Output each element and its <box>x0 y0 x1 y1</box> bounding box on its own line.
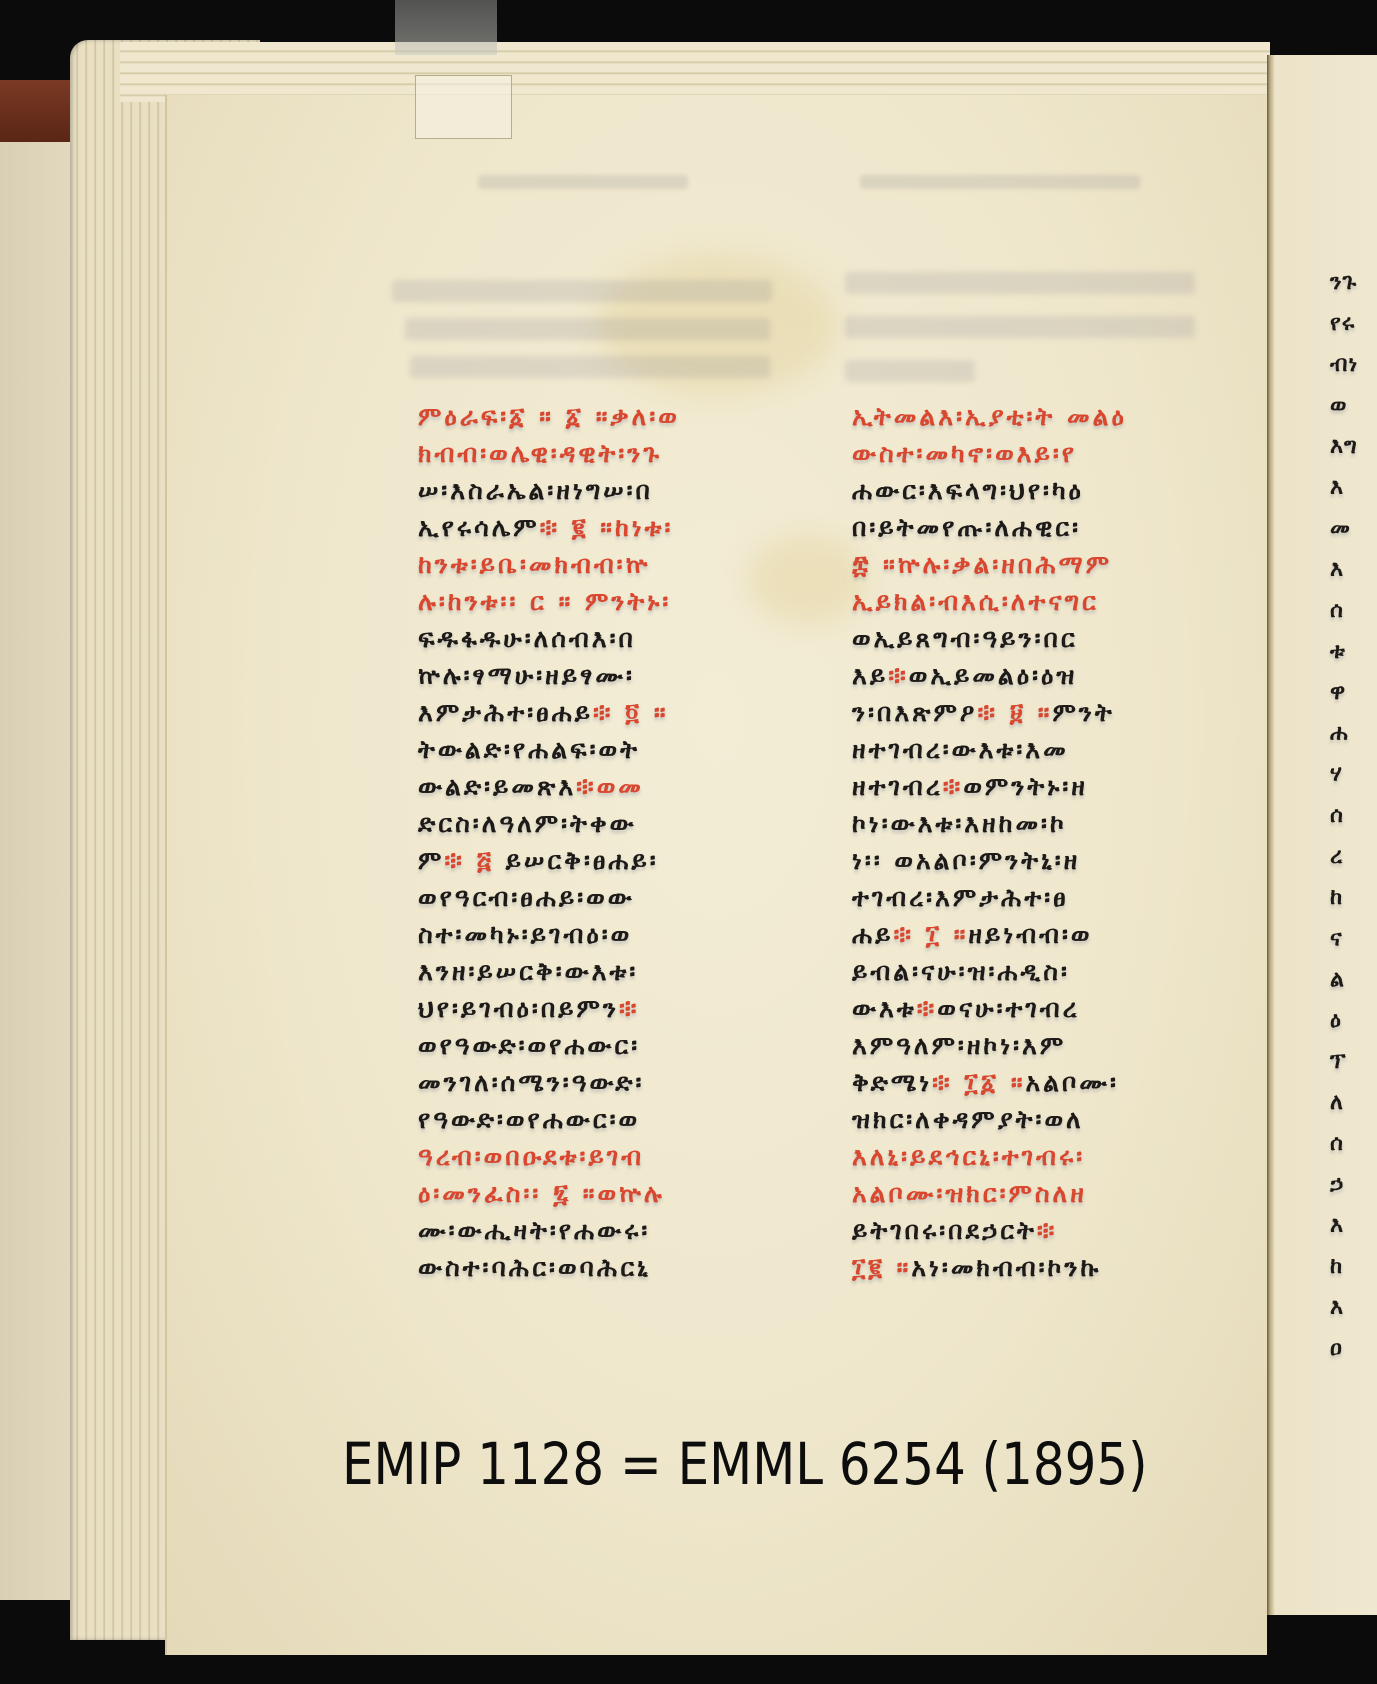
facing-page-line: ዕ <box>1330 1000 1377 1041</box>
text-line: ውስተ፡ባሕር፡ወባሕርኒ <box>418 1249 818 1286</box>
text-line: ኢትመልእ፡ኢያቲ፡ት መልዕ <box>852 398 1252 435</box>
facing-page-line: ሰ <box>1330 590 1377 631</box>
rubric-segment: ፨ ፱ ። <box>978 698 1053 727</box>
facing-page-line: ወ <box>1330 385 1377 426</box>
text-line: እንዘ፡ይሠርቅ፡ውእቱ፡ <box>418 953 818 990</box>
text-segment: በ፡ይትመየጡ፡ለሐዊር፡ <box>852 513 1081 542</box>
text-segment: ዕ፡መንፈስ፡፡ ፯ ።ወኵሉ <box>418 1179 665 1208</box>
text-line: ውልድ፡ይመጽእ፨ወመ <box>418 768 818 805</box>
text-line: ኵሉ፡ፃማሁ፡ዘይፃሙ፡ <box>418 657 818 694</box>
facing-page-line: ቱ <box>1330 631 1377 672</box>
facing-page-line: ዐ <box>1330 1328 1377 1369</box>
text-line: ፍዱፋዱሁ፡ለሰብእ፡በ <box>418 620 818 657</box>
facing-page-line: ኃ <box>1330 1164 1377 1205</box>
text-segment: ዘይነብብ፡ወ <box>968 920 1092 949</box>
text-segment: እይ <box>852 661 888 690</box>
text-segment: አነ፡መክብብ፡ኮንኩ <box>911 1253 1101 1282</box>
facing-page-line: ፕ <box>1330 1041 1377 1082</box>
text-segment: እለኒ፡ይደኅርኒ፡ተገብሩ፡ <box>852 1142 1085 1171</box>
text-segment: ወምንትኑ፡ዘ <box>963 772 1088 801</box>
text-segment: ፰ ።ኵሉ፡ቃል፡ዘበሕማም <box>852 550 1112 579</box>
text-segment: ወኢይመልዕ፡ዕዝ <box>909 661 1078 690</box>
text-segment: ወኢይጸግብ፡ዓይን፡በር <box>852 624 1078 653</box>
bleedthrough-line <box>845 272 1195 294</box>
text-line: ሙ፡ውሒዛት፡የሐውሩ፡ <box>418 1212 818 1249</box>
text-line: ስተ፡መካኑ፡ይገብዕ፡ወ <box>418 916 818 953</box>
text-line: ቅድሜነ፨ ፲፩ ።አልቦሙ፡ <box>852 1064 1252 1101</box>
text-line: ም፨ ፭ ይሠርቅ፡ፀሐይ፡ <box>418 842 818 879</box>
text-segment: ወናሁ፡ተገብረ <box>937 994 1079 1023</box>
text-line: ወኢይጸግብ፡ዓይን፡በር <box>852 620 1252 657</box>
text-segment: ን፡በእጽምዖ <box>852 698 978 727</box>
facing-page-line: ና <box>1330 918 1377 959</box>
text-line: ሐይ፨ ፲ ።ዘይነብብ፡ወ <box>852 916 1252 953</box>
text-line: ፲፪ ።አነ፡መክብብ፡ኮንኩ <box>852 1249 1252 1286</box>
text-segment: ሐይ <box>852 920 893 949</box>
bleedthrough-line <box>405 318 770 340</box>
tape-strip <box>395 0 497 55</box>
text-line: ድርስ፡ለዓለም፡ትቀው <box>418 805 818 842</box>
facing-page-line: እ <box>1330 467 1377 508</box>
text-segment: የዓውድ፡ወየሐውር፡ወ <box>418 1105 640 1134</box>
text-segment: ስተ፡መካኑ፡ይገብዕ፡ወ <box>418 920 632 949</box>
text-line: ከንቱ፡ይቤ፡መክብብ፡ኵ <box>418 546 818 583</box>
text-line: በ፡ይትመየጡ፡ለሐዊር፡ <box>852 509 1252 546</box>
manuscript-caption: EMIP 1128 = EMML 6254 (1895) <box>342 1430 1148 1498</box>
facing-page-line: እግ <box>1330 426 1377 467</box>
facing-page-line: ንጉ <box>1330 262 1377 303</box>
text-line: ዝክር፡ለቀዳምያት፡ወለ <box>852 1101 1252 1138</box>
text-segment: ፍዱፋዱሁ፡ለሰብእ፡በ <box>418 624 636 653</box>
text-line: ፰ ።ኵሉ፡ቃል፡ዘበሕማም <box>852 546 1252 583</box>
text-segment: ዘተገብረ፡ውእቱ፡እመ <box>852 735 1069 764</box>
text-line: ዕ፡መንፈስ፡፡ ፯ ።ወኵሉ <box>418 1175 818 1212</box>
text-segment: መንገለ፡ሰሜን፡ዓውድ፡ <box>418 1068 644 1097</box>
text-segment: ኢትመልእ፡ኢያቲ፡ት መልዕ <box>852 402 1127 431</box>
facing-page-text: ንጉየሩብነወእግእመእሰቱዋሐሃሰረከናልዕፕለሰኃእከእዐ <box>1330 262 1377 1369</box>
bleedthrough-line <box>410 356 770 378</box>
rubric-segment: ፨ <box>917 994 938 1023</box>
text-line: ሉ፡ከንቱ፡፡ ር ። ምንትኑ፡ <box>418 583 818 620</box>
facing-page-line: እ <box>1330 549 1377 590</box>
text-segment: ህየ፡ይገብዕ፡በይምን <box>418 994 619 1023</box>
text-line: ዓረብ፡ወበዑደቱ፡ይገብ <box>418 1138 818 1175</box>
facing-page-line: ሐ <box>1330 713 1377 754</box>
bleedthrough-line <box>845 360 975 382</box>
tape-flap <box>415 75 512 139</box>
text-segment: አልቦሙ፡ <box>1026 1068 1119 1097</box>
facing-page-line: እ <box>1330 1205 1377 1246</box>
bleedthrough-header <box>860 175 1140 189</box>
text-line: ሠ፡እስራኤል፡ዘነግሠ፡በ <box>418 472 818 509</box>
text-line: ትውልድ፡የሐልፍ፡ወት <box>418 731 818 768</box>
text-line: ዘተገብረ፡ውእቱ፡እመ <box>852 731 1252 768</box>
facing-page-line: የሩ <box>1330 303 1377 344</box>
text-segment: ዘተገብረ <box>852 772 943 801</box>
text-segment: ከንቱ፡ይቤ፡መክብብ፡ኵ <box>418 550 650 579</box>
text-line: ህየ፡ይገብዕ፡በይምን፨ <box>418 990 818 1027</box>
text-segment: ኮነ፡ውእቱ፡እዘከመ፡ኮ <box>852 809 1067 838</box>
text-line: ክብብ፡ወሌዊ፡ዳዊት፡ንጉ <box>418 435 818 472</box>
text-line: ወየዓርብ፡ፀሐይ፡ወው <box>418 879 818 916</box>
text-line: ውእቱ፨ወናሁ፡ተገብረ <box>852 990 1252 1027</box>
facing-page-line: ብነ <box>1330 344 1377 385</box>
facing-page-line: ሰ <box>1330 795 1377 836</box>
text-line: ን፡በእጽምዖ፨ ፱ ።ምንት <box>852 694 1252 731</box>
text-segment: ወየዓውድ፡ወየሐውር፡ <box>418 1031 640 1060</box>
text-segment: ፲፪ ። <box>852 1253 911 1282</box>
rubric-segment: ፨ <box>888 661 909 690</box>
text-line: ይትገበሩ፡በደኃርት፨ <box>852 1212 1252 1249</box>
text-segment: ወየዓርብ፡ፀሐይ፡ወው <box>418 883 635 912</box>
text-segment: ሙ፡ውሒዛት፡የሐውሩ፡ <box>418 1216 650 1245</box>
bleedthrough-line <box>392 280 772 302</box>
text-line: እምዓለም፡ዘኮነ፡እም <box>852 1027 1252 1064</box>
rubric-segment: ፨ ፪ ።ከነቱ፡ <box>540 513 674 542</box>
text-line: ውስተ፡መካኖ፡ወእይ፡የ <box>852 435 1252 472</box>
text-segment: ይትገበሩ፡በደኃርት <box>852 1216 1037 1245</box>
rubric-segment: ፨ ፲፩ ። <box>932 1068 1025 1097</box>
facing-page-line: እ <box>1330 1287 1377 1328</box>
facing-page-line: ሰ <box>1330 1123 1377 1164</box>
text-line: ተገብረ፡እምታሕተ፡ፀ <box>852 879 1252 916</box>
text-line: እይ፨ወኢይመልዕ፡ዕዝ <box>852 657 1252 694</box>
text-segment: እንዘ፡ይሠርቅ፡ውእቱ፡ <box>418 957 638 986</box>
rubric-segment: ፨ ፬ ። <box>593 698 668 727</box>
rubric-segment: ፨ <box>943 772 964 801</box>
text-segment: ክብብ፡ወሌዊ፡ዳዊት፡ንጉ <box>418 439 662 468</box>
text-line: ዘተገብረ፨ወምንትኑ፡ዘ <box>852 768 1252 805</box>
text-line: ሐውር፡እፍላግ፡ህየ፡ካዕ <box>852 472 1252 509</box>
text-segment: ውስተ፡መካኖ፡ወእይ፡የ <box>852 439 1077 468</box>
text-segment: ውስተ፡ባሕር፡ወባሕርኒ <box>418 1253 651 1282</box>
text-segment: ይብል፡ናሁ፡ዝ፡ሐዲስ፡ <box>852 957 1070 986</box>
text-line: እለኒ፡ይደኅርኒ፡ተገብሩ፡ <box>852 1138 1252 1175</box>
facing-page-line: ሃ <box>1330 754 1377 795</box>
facing-page-line: ከ <box>1330 877 1377 918</box>
text-line: ይብል፡ናሁ፡ዝ፡ሐዲስ፡ <box>852 953 1252 990</box>
text-segment: ተገብረ፡እምታሕተ፡ፀ <box>852 883 1069 912</box>
text-segment: ሠ፡እስራኤል፡ዘነግሠ፡በ <box>418 476 653 505</box>
text-segment: ውልድ፡ይመጽእ <box>418 772 576 801</box>
rubric-segment: ፨ <box>619 994 640 1023</box>
text-segment: ኢየሩሳሌም <box>418 513 540 542</box>
rubric-segment: ፨ ፲ ። <box>893 920 968 949</box>
text-line: ኢይክል፡ብእሲ፡ለተናግር <box>852 583 1252 620</box>
text-line: የዓውድ፡ወየሐውር፡ወ <box>418 1101 818 1138</box>
text-segment: ኢይክል፡ብእሲ፡ለተናግር <box>852 587 1099 616</box>
page-top-edges <box>120 42 1270 102</box>
text-segment: ይሠርቅ፡ፀሐይ፡ <box>506 846 659 875</box>
text-segment: ም <box>418 846 444 875</box>
text-segment: ውእቱ <box>852 994 917 1023</box>
text-column-right: ኢትመልእ፡ኢያቲ፡ት መልዕውስተ፡መካኖ፡ወእይ፡የሐውር፡እፍላግ፡ህየ፡… <box>852 398 1252 1286</box>
facing-page-line: ከ <box>1330 1246 1377 1287</box>
text-segment: ቅድሜነ <box>852 1068 932 1097</box>
facing-page-line: ረ <box>1330 836 1377 877</box>
text-segment: ምዕራፍ፡፩ ። ፩ ።ቃለ፡ወ <box>418 402 680 431</box>
text-line: ወየዓውድ፡ወየሐውር፡ <box>418 1027 818 1064</box>
text-line: ኢየሩሳሌም፨ ፪ ።ከነቱ፡ <box>418 509 818 546</box>
rubric-segment: ፨ <box>1037 1216 1058 1245</box>
rubric-segment: ፨ ፭ <box>444 846 505 875</box>
facing-page-line: ለ <box>1330 1082 1377 1123</box>
text-segment: ትውልድ፡የሐልፍ፡ወት <box>418 735 640 764</box>
text-segment: ኵሉ፡ፃማሁ፡ዘይፃሙ፡ <box>418 661 635 690</box>
text-segment: ዓረብ፡ወበዑደቱ፡ይገብ <box>418 1142 644 1171</box>
text-segment: ሐውር፡እፍላግ፡ህየ፡ካዕ <box>852 476 1084 505</box>
text-segment: ነ፡፡ ወአልቦ፡ምንትኒ፡ዘ <box>852 846 1080 875</box>
bleedthrough-line <box>845 316 1195 338</box>
facing-page-line: ል <box>1330 959 1377 1000</box>
text-column-left: ምዕራፍ፡፩ ። ፩ ።ቃለ፡ወክብብ፡ወሌዊ፡ዳዊት፡ንጉሠ፡እስራኤል፡ዘነ… <box>418 398 818 1286</box>
text-segment: ምንት <box>1052 698 1114 727</box>
text-segment: ዝክር፡ለቀዳምያት፡ወለ <box>852 1105 1084 1134</box>
text-segment: አልቦሙ፡ዝክር፡ምስለዘ <box>852 1179 1087 1208</box>
facing-page-line: ዋ <box>1330 672 1377 713</box>
text-segment: እምዓለም፡ዘኮነ፡እም <box>852 1031 1066 1060</box>
rubric-segment: ፨ወመ <box>576 772 644 801</box>
text-segment: ሉ፡ከንቱ፡፡ ር ። ምንትኑ፡ <box>418 587 671 616</box>
text-line: አልቦሙ፡ዝክር፡ምስለዘ <box>852 1175 1252 1212</box>
text-line: ምዕራፍ፡፩ ። ፩ ።ቃለ፡ወ <box>418 398 818 435</box>
bleedthrough-header <box>478 175 688 189</box>
text-line: ኮነ፡ውእቱ፡እዘከመ፡ኮ <box>852 805 1252 842</box>
facing-page-line: መ <box>1330 508 1377 549</box>
text-line: መንገለ፡ሰሜን፡ዓውድ፡ <box>418 1064 818 1101</box>
text-line: እምታሕተ፡ፀሐይ፨ ፬ ። <box>418 694 818 731</box>
text-line: ነ፡፡ ወአልቦ፡ምንትኒ፡ዘ <box>852 842 1252 879</box>
text-segment: እምታሕተ፡ፀሐይ <box>418 698 593 727</box>
text-segment: ድርስ፡ለዓለም፡ትቀው <box>418 809 637 838</box>
